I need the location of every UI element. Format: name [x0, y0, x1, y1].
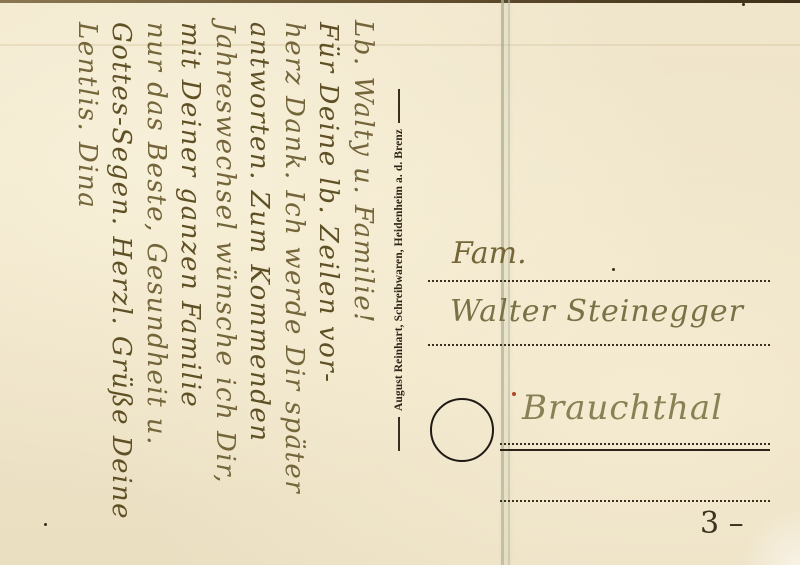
publisher-imprint: August Reinhart, Schreibwaren, Heidenhei… — [393, 89, 405, 451]
address-dotted-line-1 — [428, 280, 770, 282]
message-line: Gottes-Segen. Herzl. Grüße Deine — [104, 8, 139, 565]
address-line-1: Fam. — [452, 236, 527, 271]
postcard: Lb. Walty u. Familie! Für Deine lb. Zeil… — [0, 0, 800, 565]
worn-corner — [740, 505, 800, 565]
message-line: herz Dank. Ich werde Dir später — [277, 8, 312, 565]
postmark-circle — [430, 398, 494, 462]
address-dotted-line-3 — [500, 443, 770, 445]
message-area: Lb. Walty u. Familie! Für Deine lb. Zeil… — [0, 0, 380, 565]
message-line: Jahreswechsel wünsche ich Dir, — [208, 8, 243, 565]
message-line: mit Deiner ganzen Familie — [173, 8, 208, 565]
message-line: Lentlis. Dina — [70, 8, 105, 565]
address-dotted-line-2 — [428, 344, 770, 346]
message-line: antworten. Zum Kommenden — [242, 8, 277, 565]
imprint-text: August Reinhart, Schreibwaren, Heidenhei… — [393, 129, 405, 411]
address-line-3: Brauchthal — [522, 388, 723, 428]
message-line: Lb. Walty u. Familie! — [346, 8, 381, 565]
ink-spot — [512, 392, 516, 396]
imprint-rule-right — [398, 89, 399, 123]
ink-speck — [742, 3, 745, 6]
page-number: 3 – — [700, 506, 744, 541]
center-fold-line — [501, 0, 504, 565]
ink-speck — [612, 268, 615, 271]
imprint-rule-left — [398, 417, 399, 451]
address-dotted-line-4 — [500, 500, 770, 502]
publisher-imprint-area: August Reinhart, Schreibwaren, Heidenhei… — [392, 60, 406, 480]
ink-speck — [44, 523, 47, 526]
address-line-2: Walter Steinegger — [450, 294, 744, 329]
message-line: Für Deine lb. Zeilen vor- — [311, 8, 346, 565]
message-line: nur das Beste, Gesundheit u. — [139, 8, 174, 565]
center-fold-line-secondary — [508, 0, 510, 565]
address-underline — [500, 449, 770, 451]
handwritten-message: Lb. Walty u. Familie! Für Deine lb. Zeil… — [0, 8, 380, 565]
